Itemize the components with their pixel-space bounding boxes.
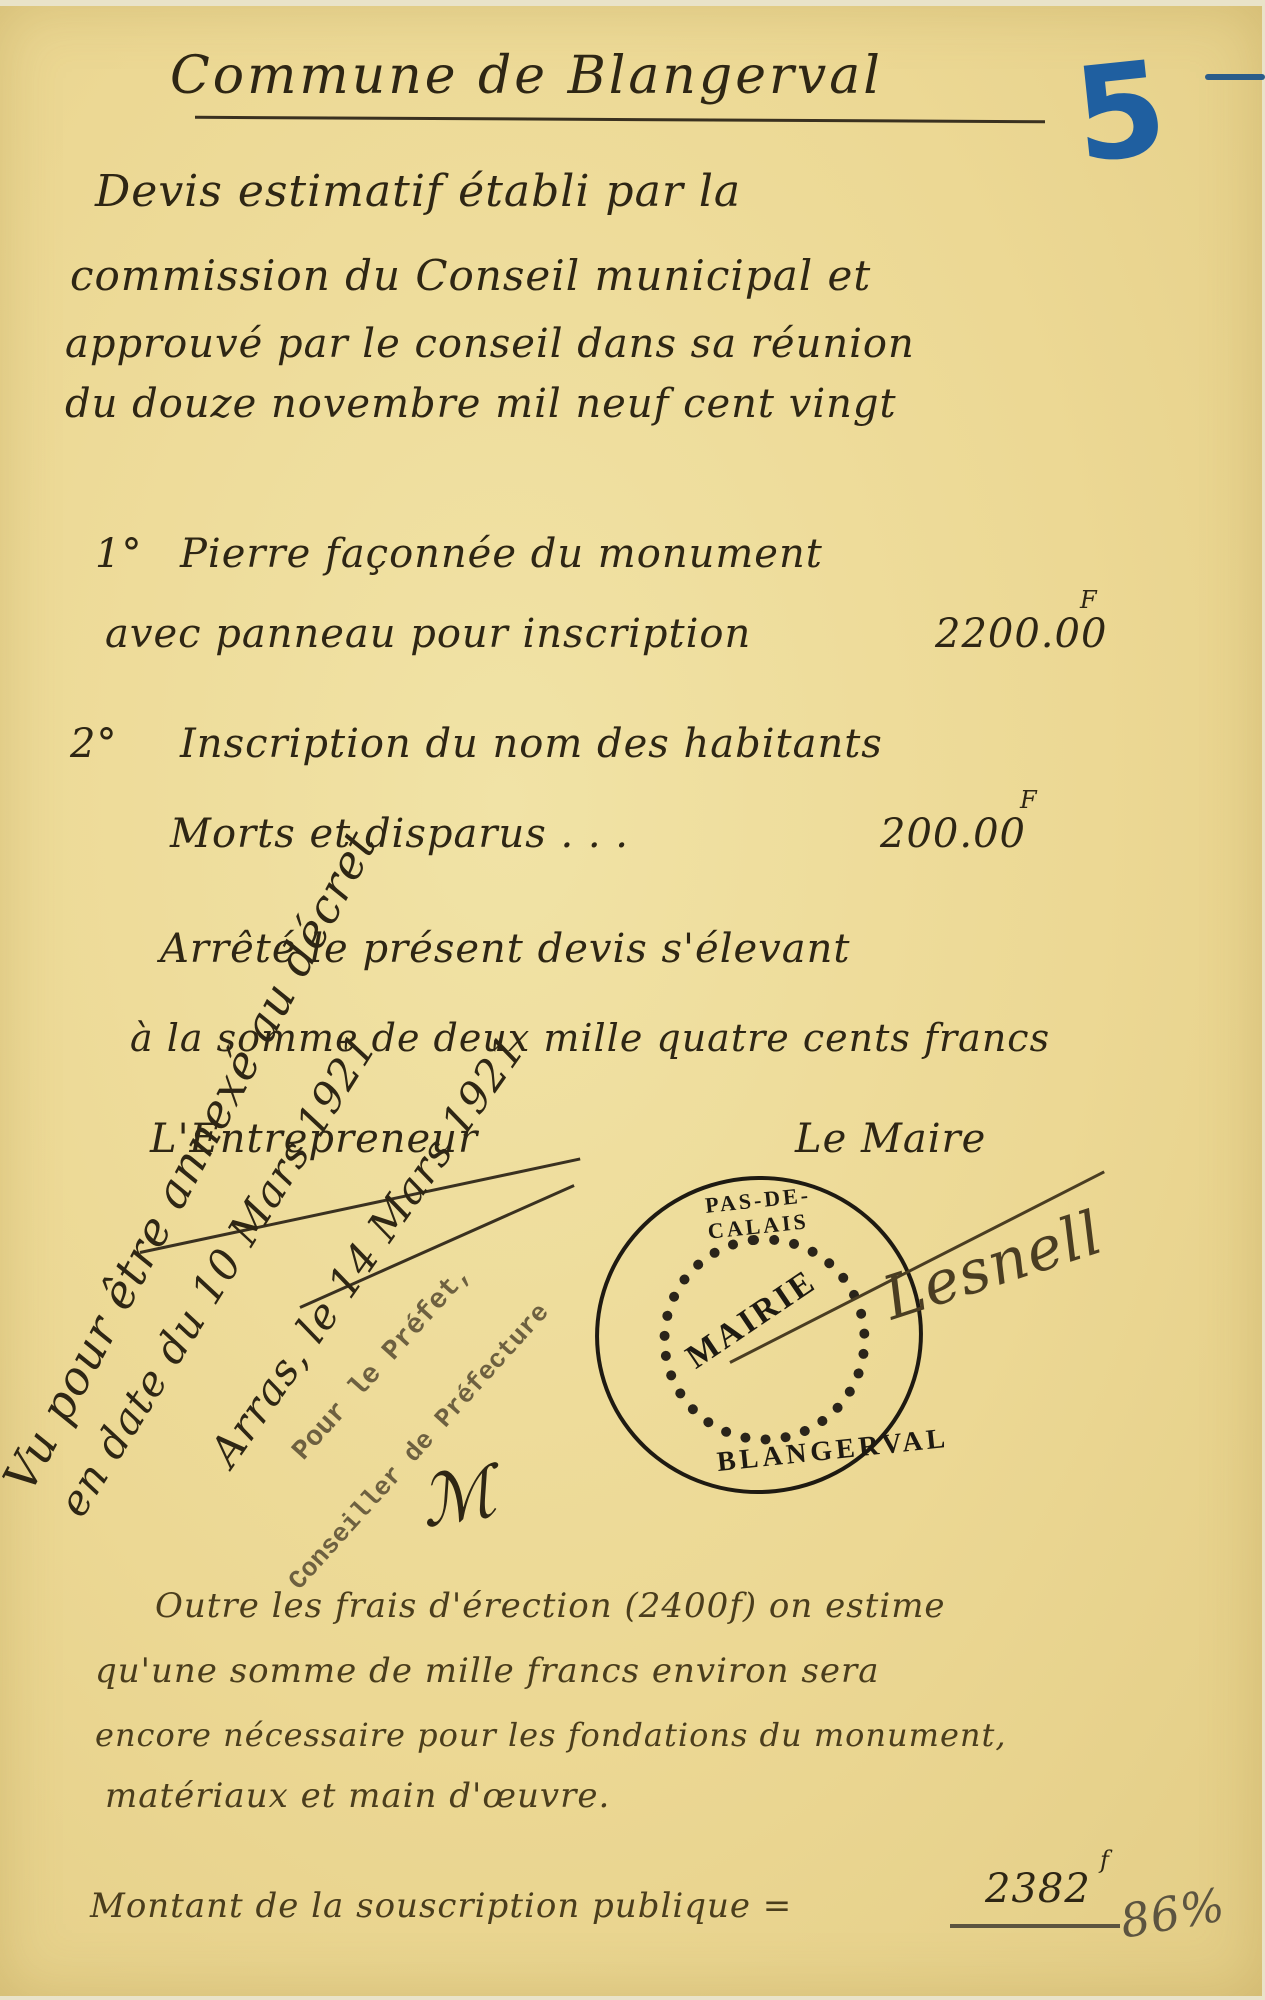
item-1-currency: F — [1080, 586, 1098, 614]
laurel-wreath-icon — [649, 1224, 880, 1455]
item-2-line1: Inscription du nom des habitants — [180, 721, 883, 767]
subscription-label: Montant de la souscription publique = — [90, 1886, 792, 1926]
mairie-seal: PAS-DE-CALAIS MAIRIE BLANGERVAL — [579, 1160, 938, 1511]
subscription-currency: f — [1100, 1846, 1110, 1874]
subscription-annotation: 86% — [1116, 1877, 1229, 1948]
item-2-amount: 200.00 — [880, 811, 1026, 857]
intro-line-3: approuvé par le conseil dans sa réunion — [65, 321, 915, 367]
item-1-amount: 2200.00 — [935, 611, 1107, 657]
seal-top-text: PAS-DE-CALAIS — [704, 1172, 908, 1245]
item-2-line2: Morts et disparus . . . — [170, 811, 629, 857]
folio-number: 5 — [1067, 32, 1173, 193]
subscription-underline — [950, 1924, 1120, 1928]
item-2-number: 2° — [70, 721, 117, 767]
intro-line-1: Devis estimatif établi par la — [95, 166, 741, 217]
item-1-line1: Pierre façonnée du monument — [180, 531, 823, 577]
note-line-2: qu'une somme de mille francs environ ser… — [95, 1651, 879, 1691]
folio-dash — [1205, 74, 1265, 80]
note-line-1: Outre les frais d'érection (2400f) on es… — [155, 1586, 946, 1626]
mayor-signature-scrawl: Lesnell — [875, 1198, 1111, 1334]
intro-line-2: commission du Conseil municipal et — [70, 251, 871, 300]
item-2-currency: F — [1020, 786, 1038, 814]
note-line-4: matériaux et main d'œuvre. — [105, 1776, 610, 1816]
item-1-number: 1° — [95, 531, 142, 577]
document-heading: Commune de Blangerval — [170, 46, 883, 106]
intro-line-4: du douze novembre mil neuf cent vingt — [65, 381, 897, 427]
document-page: Commune de Blangerval 5 Devis estimatif … — [0, 6, 1262, 1996]
note-line-3: encore nécessaire pour les fondations du… — [95, 1716, 1007, 1754]
item-1-line2: avec panneau pour inscription — [105, 611, 751, 657]
prefect-initials: ℳ — [413, 1450, 502, 1544]
mayor-label: Le Maire — [795, 1116, 986, 1162]
heading-underline — [195, 116, 1045, 123]
subscription-amount: 2382 — [985, 1866, 1091, 1912]
